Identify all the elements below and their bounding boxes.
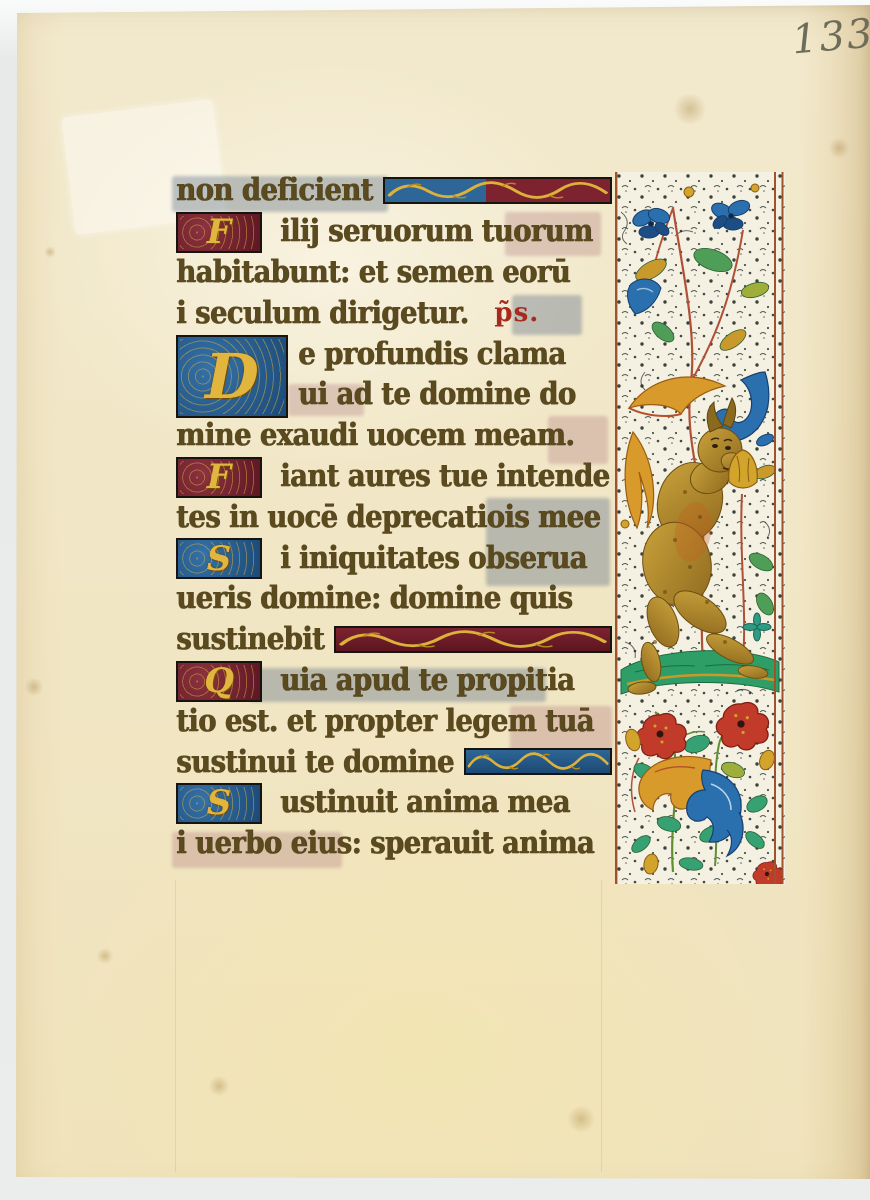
show-through-stain (486, 498, 610, 586)
gold-sun-dots (621, 184, 759, 528)
blue-acanthus (687, 372, 769, 856)
show-through-stain (505, 212, 601, 256)
text-line: Quia apud te propitia (176, 660, 612, 701)
text-line: ueris domine: domine quis (176, 578, 612, 619)
show-through-stain (548, 416, 608, 464)
foxing-spot (96, 948, 114, 964)
line-text: sustinui te domine (176, 743, 454, 779)
text-line: non deficient (176, 170, 612, 211)
line-text: habitabunt: et semen eorū (176, 254, 570, 290)
tape-repair-mark (61, 99, 226, 235)
illuminated-initial: F (176, 212, 262, 253)
line-filler-bar (334, 626, 612, 653)
line-text: ustinuit anima mea (280, 784, 570, 820)
line-text: i iniquitates obserua (280, 539, 587, 575)
foxing-spot (672, 94, 708, 124)
illuminated-initial: Q (176, 661, 262, 702)
parchment-crease (175, 880, 176, 1172)
line-text: iant aures tue intende (280, 458, 609, 494)
grass-mound (621, 651, 779, 694)
parchment-leaf: 133 non deficientFilij seruorum tuorumha… (0, 0, 870, 1200)
foxing-spot (24, 678, 44, 696)
show-through-stain (288, 384, 364, 416)
foxing-spot (208, 1076, 230, 1096)
text-line: i seculum dirigetur.p̃s. (176, 292, 612, 333)
line-text: i uerbo eius: sperauit anima (176, 825, 594, 861)
text-line: habitabunt: et semen eorū (176, 252, 612, 293)
line-text: ui ad te domine do (298, 376, 575, 412)
border-rules (615, 172, 784, 884)
foxing-spot (828, 138, 850, 158)
show-through-stain (172, 832, 342, 868)
folio-number: 133 (790, 10, 870, 63)
top-blue-flowers (628, 198, 771, 641)
line-text: ueris domine: domine quis (176, 580, 572, 616)
text-line: De profundis clama (176, 333, 612, 374)
show-through-stain (172, 176, 388, 212)
text-line: tio est. et propter legem tuā (176, 700, 612, 741)
illuminated-initial: F (176, 457, 262, 498)
line-text: mine exaudi uocem meam. (176, 417, 574, 453)
parchment-crease (601, 880, 602, 1172)
line-text: e profundis clama (298, 335, 565, 371)
red-flowers (623, 703, 782, 884)
line-text: non deficient (176, 172, 373, 208)
text-line: tes in uocē deprecatiois mee (176, 496, 612, 537)
illuminated-border (615, 172, 785, 884)
vine-stems (632, 208, 745, 812)
line-text: tio est. et propter legem tuā (176, 703, 594, 739)
illuminated-initial: S (176, 538, 262, 579)
text-line: Sustinuit anima mea (176, 782, 612, 823)
line-filler-bar (464, 748, 612, 775)
text-line: Filij seruorum tuorum (176, 211, 612, 252)
line-text: tes in uocē deprecatiois mee (176, 499, 600, 535)
foxing-spot (44, 246, 56, 258)
text-line: ui ad te domine do (176, 374, 612, 415)
gold-tulip (729, 432, 776, 488)
line-text: uia apud te propitia (280, 662, 574, 698)
text-line: sustinui te domine (176, 741, 612, 782)
line-text: sustinebit (176, 621, 324, 657)
line-text: ilij seruorum tuorum (280, 213, 592, 249)
text-line: sustinebit (176, 619, 612, 660)
text-line: mine exaudi uocem meam. (176, 415, 612, 456)
line-filler-bar (383, 177, 613, 204)
gold-acanthus (625, 377, 725, 810)
illuminated-initial: S (176, 783, 262, 824)
lower-green-stems (655, 712, 739, 872)
leaves (629, 244, 778, 872)
line-text: i seculum dirigetur. (176, 295, 468, 331)
psalm-rubric: p̃s. (494, 298, 539, 328)
text-block: non deficientFilij seruorum tuorumhabita… (176, 170, 612, 864)
show-through-stain (510, 706, 612, 756)
show-through-stain (250, 668, 546, 702)
text-line: i uerbo eius: sperauit anima (176, 823, 612, 864)
penwork-background (615, 172, 785, 884)
foxing-spot (566, 1106, 596, 1132)
grotesque-creature (627, 398, 768, 695)
text-line: Fiant aures tue intende (176, 456, 612, 497)
text-line: Si iniquitates obserua (176, 537, 612, 578)
show-through-stain (512, 295, 582, 335)
illuminated-initial: D (176, 335, 288, 418)
